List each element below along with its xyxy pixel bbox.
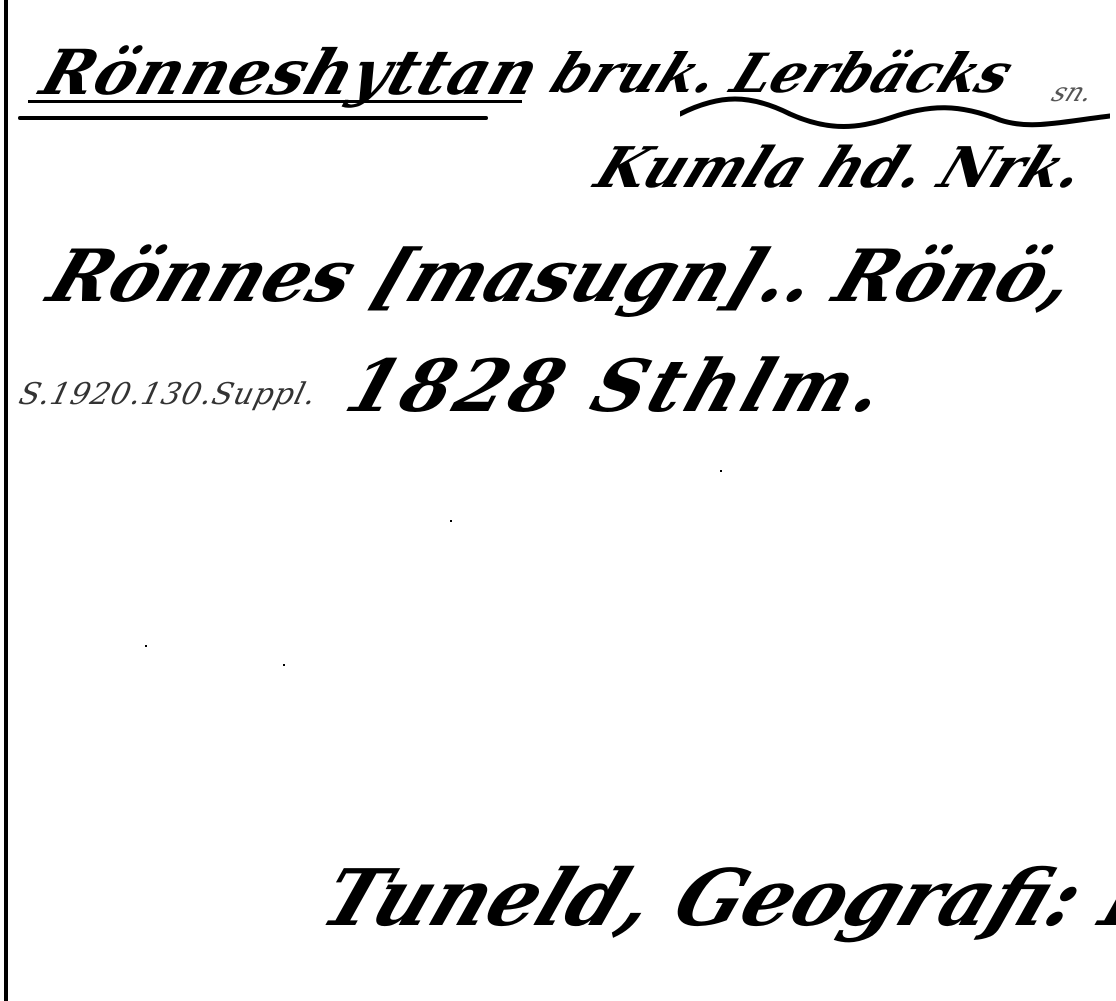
scan-speck xyxy=(720,470,722,472)
wavy-underline xyxy=(680,92,1110,132)
district-line: Kumla hd. Nrk. xyxy=(588,140,1093,196)
year-and-place: 1828 Sthlm. xyxy=(338,350,897,422)
scan-speck xyxy=(283,664,285,666)
source-reference: S.1920.130.Suppl. xyxy=(16,380,320,410)
headword-double-underline xyxy=(18,116,488,120)
name-variants: Rönnes [masugn].. Rönö, xyxy=(40,240,1085,312)
source-citation: Tuneld, Geografi: II. xyxy=(312,860,1116,938)
scan-speck xyxy=(145,645,147,647)
index-card: Rönneshyttan bruk. Lerbäcks sn. Kumla hd… xyxy=(0,0,1116,1001)
headword: Rönneshyttan xyxy=(34,42,547,104)
card-left-border xyxy=(4,0,8,1001)
headword-underline xyxy=(28,100,522,103)
scan-speck xyxy=(450,520,452,522)
